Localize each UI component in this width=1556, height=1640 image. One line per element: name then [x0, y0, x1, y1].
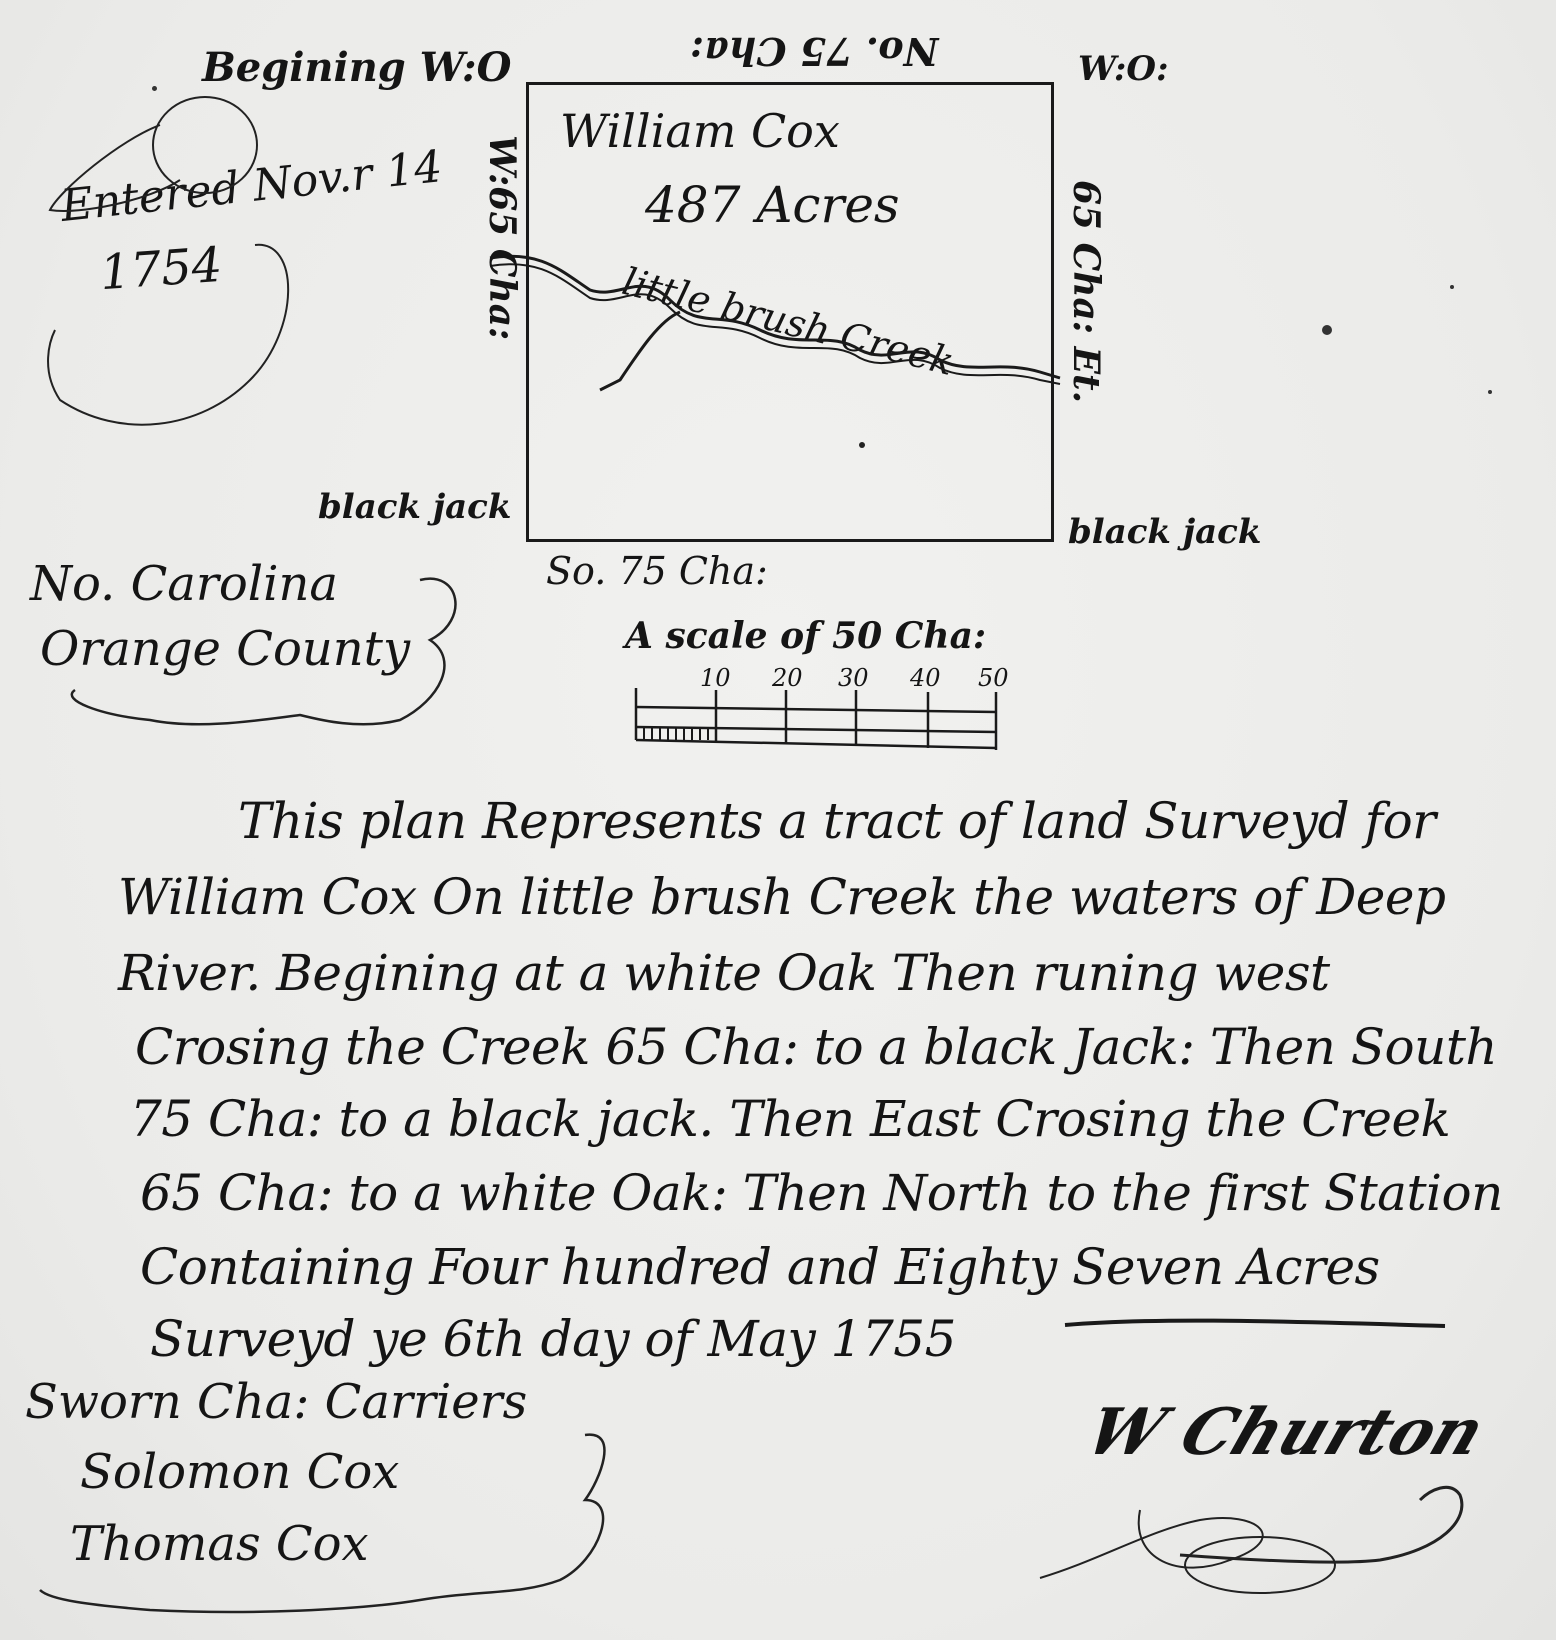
scale-title: A scale of 50 Cha: [625, 618, 986, 654]
document-page: Begining W:O Entered Nov.r 14 1754 W:O: … [0, 0, 1556, 1640]
scale-tick-50: 50 [978, 666, 1009, 690]
entered-note: Entered Nov.r 14 [59, 145, 445, 229]
scale-tick-40: 40 [910, 666, 941, 690]
southwest-corner-label: black jack [318, 490, 511, 524]
east-side-label: 65 Cha: Et. [1068, 180, 1104, 403]
scale-tick-30: 30 [838, 666, 869, 690]
paper-speck [152, 86, 157, 91]
description-line-7: Containing Four hundred and Eighty Seven… [140, 1238, 1380, 1296]
paper-speck [1450, 285, 1454, 289]
description-line-3: River. Begining at a white Oak Then runi… [118, 944, 1330, 1002]
description-line-5: 75 Cha: to a black jack. Then East Crosi… [130, 1090, 1450, 1148]
description-line-6: 65 Cha: to a white Oak: Then North to th… [140, 1164, 1503, 1222]
west-side-label: W:65 Cha: [484, 135, 520, 340]
north-side-label: No. 75 Cha: [690, 32, 939, 70]
paper-speck [1488, 390, 1492, 394]
description-line-2: William Cox On little brush Creek the wa… [118, 868, 1445, 926]
chain-carrier-2: Thomas Cox [70, 1520, 369, 1568]
south-side-label: So. 75 Cha: [546, 552, 768, 590]
paper-speck [1322, 325, 1332, 335]
southeast-corner-label: black jack [1068, 515, 1261, 549]
chain-carriers-heading: Sworn Cha: Carriers [25, 1378, 527, 1426]
chain-carrier-1: Solomon Cox [80, 1448, 399, 1496]
scale-tick-20: 20 [772, 666, 803, 690]
scale-tick-labels: 10 20 30 40 50 [700, 666, 1030, 696]
entered-year: 1754 [98, 241, 223, 297]
description-line-1: This plan Represents a tract of land Sur… [238, 792, 1436, 850]
description-line-8: Surveyd ye 6th day of May 1755 [150, 1310, 956, 1368]
description-line-4: Crosing the Creek 65 Cha: to a black Jac… [135, 1018, 1497, 1076]
northeast-corner-label: W:O: [1078, 52, 1169, 86]
state-label: No. Carolina [30, 560, 338, 608]
scale-tick-10: 10 [700, 666, 731, 690]
plat-owner-name: William Cox [560, 108, 840, 154]
county-label: Orange County [40, 625, 410, 673]
surveyor-signature: W Churton [1076, 1395, 1494, 1470]
plat-acreage: 487 Acres [645, 180, 900, 230]
beginning-corner-label: Begining W:O [202, 48, 512, 88]
